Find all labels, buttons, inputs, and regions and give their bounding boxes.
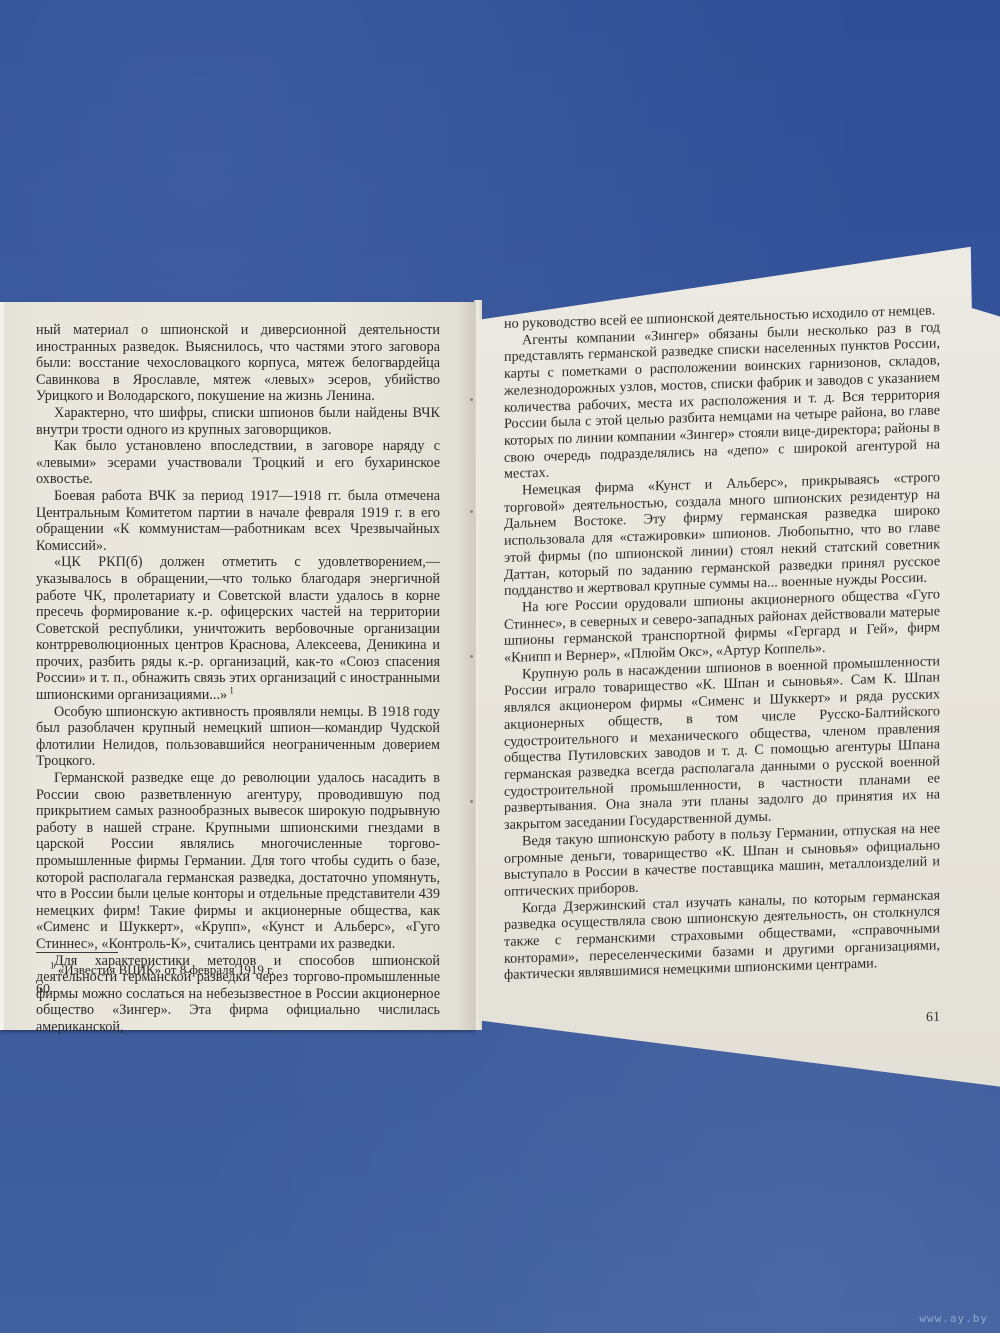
paragraph: Когда Дзержинский стал изучать каналы, п… <box>504 887 940 984</box>
paragraph-text: Немецкая фирма «Кунст и Альберс», прикры… <box>504 469 940 599</box>
paragraph-text: Агенты компании «Зингер» обязаны были не… <box>504 319 940 482</box>
page-number-right: 61 <box>926 1010 940 1026</box>
paragraph: Немецкая фирма «Кунст и Альберс», прикры… <box>504 469 940 600</box>
paragraph: Агенты компании «Зингер» обязаны были не… <box>504 319 940 483</box>
paragraph-text: На юге России орудовали шпионы акционерн… <box>504 586 940 666</box>
paragraph-text: Когда Дзержинский стал изучать каналы, п… <box>504 887 940 984</box>
right-page: но руководство всей ее шпионской деятель… <box>478 240 1000 1090</box>
paragraph-text: Крупную роль в насаждении шпионов в воен… <box>504 653 940 833</box>
paragraph: Крупную роль в насаждении шпионов в воен… <box>504 653 940 834</box>
paragraph-text: Ведя такую шпионскую работу в пользу Гер… <box>504 820 940 900</box>
watermark: www.ay.by <box>919 1312 988 1325</box>
right-page-body: но руководство всей ее шпионской деятель… <box>504 302 940 984</box>
right-page-wrap: но руководство всей ее шпионской деятель… <box>0 0 1000 1333</box>
